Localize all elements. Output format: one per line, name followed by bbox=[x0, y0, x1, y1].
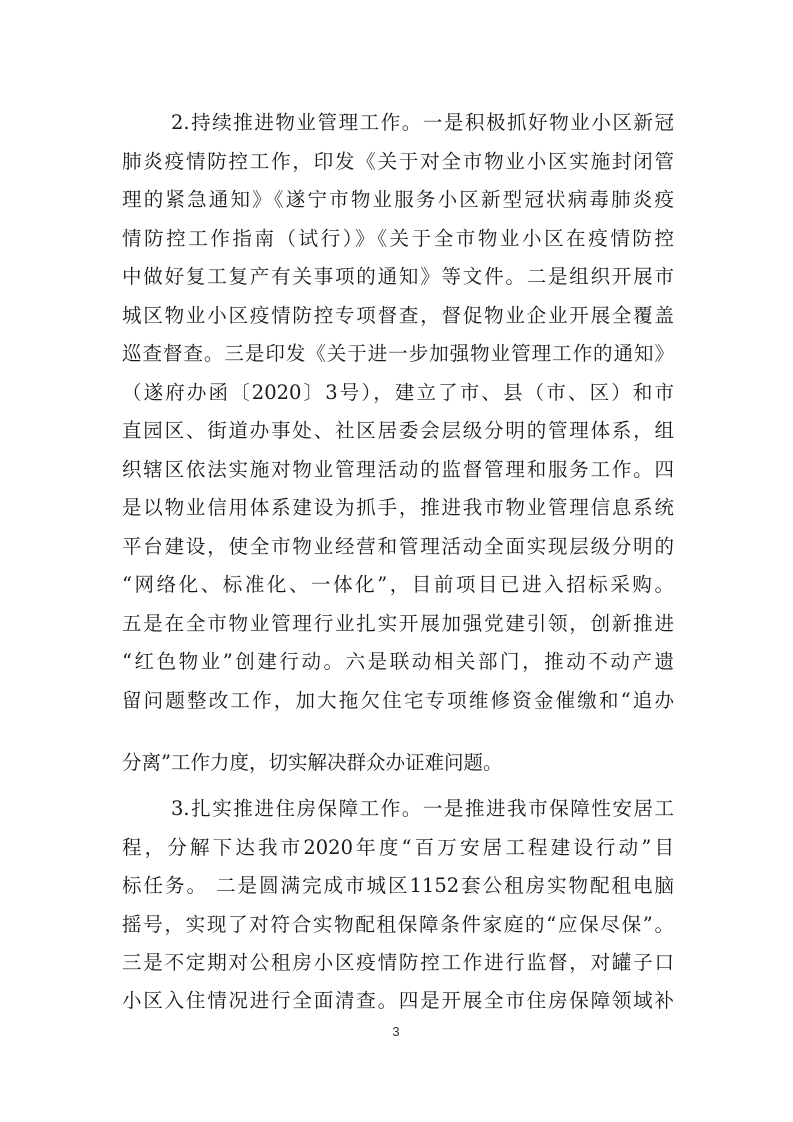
text-line: 留问题整改工作，加大拖欠住宅专项维修资金催缴和“追办 bbox=[122, 686, 674, 716]
text-line: 平台建设，使全市物业经营和管理活动全面实现层级分明的 bbox=[122, 532, 674, 562]
text-line: 情防控工作指南（试行）》《关于全市物业小区在疫情防控 bbox=[122, 224, 674, 254]
text-line: 中做好复工复产有关事项的通知》等文件。二是组织开展市 bbox=[122, 262, 674, 292]
text-line: 直园区、街道办事处、社区居委会层级分明的管理体系，组 bbox=[122, 416, 674, 446]
text-line: 三是不定期对公租房小区疫情防控工作进行监督，对罐子口 bbox=[122, 948, 674, 978]
text-line: 理的紧急通知》《遂宁市物业服务小区新型冠状病毒肺炎疫 bbox=[122, 185, 674, 215]
text-line: 巡查督查。三是印发《关于进一步加强物业管理工作的通知》 bbox=[122, 339, 674, 369]
text-line: 分离”工作力度，切实解决群众办证难问题。 bbox=[122, 748, 674, 778]
text-line: 织辖区依法实施对物业管理活动的监督管理和服务工作。四 bbox=[122, 455, 674, 485]
text-line: “红色物业”创建行动。六是联动相关部门，推动不动产遗 bbox=[122, 647, 674, 677]
text-line: 2.持续推进物业管理工作。一是积极抓好物业小区新冠 bbox=[171, 108, 674, 138]
text-line: 城区物业小区疫情防控专项督查，督促物业企业开展全覆盖 bbox=[122, 301, 674, 331]
text-line: 是以物业信用体系建设为抓手，推进我市物业管理信息系统 bbox=[122, 493, 674, 523]
text-line: 小区入住情况进行全面清查。四是开展全市住房保障领域补 bbox=[122, 986, 674, 1016]
text-line: 肺炎疫情防控工作，印发《关于对全市物业小区实施封闭管 bbox=[122, 147, 674, 177]
text-line: 摇号，实现了对符合实物配租保障条件家庭的“应保尽保”。 bbox=[122, 910, 674, 940]
text-line: （遂府办函〔2020〕3号），建立了市、县（市、区）和市 bbox=[122, 378, 674, 408]
text-line: “网络化、标准化、一体化”，目前项目已进入招标采购。 bbox=[122, 570, 674, 600]
document-page: 2.持续推进物业管理工作。一是积极抓好物业小区新冠 肺炎疫情防控工作，印发《关于… bbox=[0, 0, 793, 1122]
text-line: 标任务。 二是圆满完成市城区1152套公租房实物配租电脑 bbox=[122, 871, 674, 901]
text-line: 3.扎实推进住房保障工作。一是推进我市保障性安居工 bbox=[171, 794, 674, 824]
text-line: 五是在全市物业管理行业扎实开展加强党建引领，创新推进 bbox=[122, 609, 674, 639]
page-number: 3 bbox=[386, 1024, 406, 1039]
text-line: 程，分解下达我市2020年度“百万安居工程建设行动”目 bbox=[122, 833, 674, 863]
